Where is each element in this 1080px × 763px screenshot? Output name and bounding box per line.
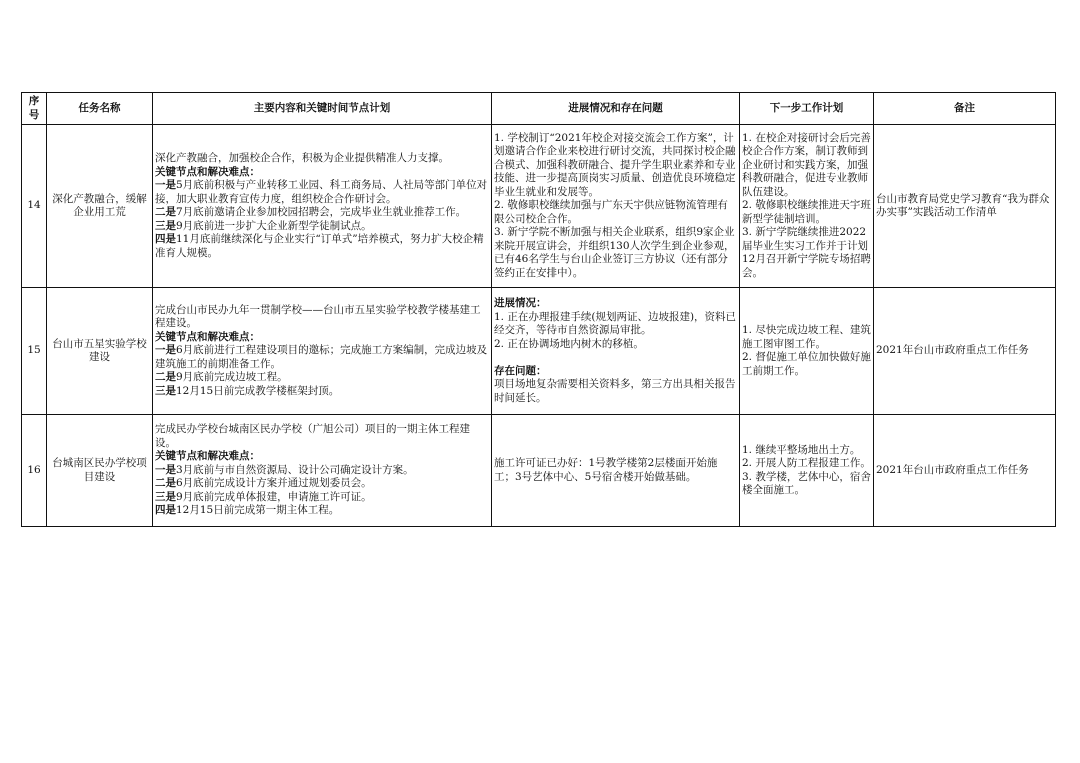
cell-seq: 14 (22, 125, 47, 288)
spacer (494, 351, 737, 365)
table-row: 15 台山市五星实验学校建设 完成台山市民办九年一贯制学校——台山市五星实验学校… (22, 288, 1056, 415)
cell-plan: 完成民办学校台城南区民办学校（广旭公司）项目的一期主体工程建设。 关键节点和解决… (153, 415, 492, 527)
cell-remark: 台山市教育局党史学习教育“我为群众办实事”实践活动工作清单 (874, 125, 1056, 288)
plan-item: 一是6月底前进行工程建设项目的邀标；完成施工方案编制，完成边坡及建筑施工的前期准… (155, 344, 489, 371)
plan-item-text: 5月底前积极与产业转移工业园、科工商务局、人社局等部门单位对接，加大职业教育宣传… (155, 179, 487, 205)
plan-item-prefix: 二是 (155, 206, 176, 218)
next-item: 3. 教学楼，艺体中心，宿舍楼全面施工。 (742, 471, 871, 498)
plan-item: 三是9月底前完成单体报建，申请施工许可证。 (155, 491, 489, 505)
next-item: 1. 尽快完成边坡工程、建筑施工图审图工作。 (742, 324, 871, 351)
plan-item: 二是9月底前完成边坡工程。 (155, 371, 489, 385)
plan-item-text: 9月底前进一步扩大企业新型学徒制试点。 (176, 220, 372, 232)
progress-item: 1. 学校制订“2021年校企对接交流会工作方案”，计划邀请合作企业来校进行研讨… (494, 132, 737, 200)
plan-item-text: 7月底前邀请企业参加校园招聘会，完成毕业生就业推荐工作。 (176, 206, 466, 218)
header-remark: 备注 (874, 93, 1056, 125)
plan-item-prefix: 一是 (155, 179, 176, 191)
plan-item-prefix: 一是 (155, 464, 176, 476)
table-row: 14 深化产教融合，缓解企业用工荒 深化产教融合，加强校企合作，积极为企业提供精… (22, 125, 1056, 288)
next-item: 3. 新宁学院继续推进2022届毕业生实习工作并于计划12月召开新宁学院专场招聘… (742, 226, 871, 280)
cell-seq: 15 (22, 288, 47, 415)
cell-progress: 施工许可证已办好：1号教学楼第2层楼面开始施工；3号艺体中心、5号宿舍楼开始做基… (492, 415, 740, 527)
plan-item-prefix: 四是 (155, 233, 176, 245)
cell-task-name: 台山市五星实验学校建设 (47, 288, 153, 415)
cell-progress: 1. 学校制订“2021年校企对接交流会工作方案”，计划邀请合作企业来校进行研讨… (492, 125, 740, 288)
table-row: 16 台城南区民办学校项目建设 完成民办学校台城南区民办学校（广旭公司）项目的一… (22, 415, 1056, 527)
progress-item: 3. 新宁学院不断加强与相关企业联系，组织9家企业来院开展宣讲会，并组织130人… (494, 226, 737, 280)
plan-item-text: 9月底前完成边坡工程。 (176, 371, 288, 383)
plan-item-text: 9月底前完成单体报建，申请施工许可证。 (176, 491, 372, 503)
progress-item: 2. 正在协调场地内树木的移植。 (494, 338, 737, 352)
header-next-plan: 下一步工作计划 (740, 93, 874, 125)
plan-intro: 完成台山市民办九年一贯制学校——台山市五星实验学校教学楼基建工程建设。 (155, 304, 489, 331)
cell-remark: 2021年台山市政府重点工作任务 (874, 288, 1056, 415)
plan-intro: 完成民办学校台城南区民办学校（广旭公司）项目的一期主体工程建设。 (155, 423, 489, 450)
cell-next-plan: 1. 在校企对接研讨会后完善校企合作方案，制订教师到企业研讨和实践方案，加强科教… (740, 125, 874, 288)
progress-item: 1. 正在办理报建手续(规划两证、边坡报建)，资料已经交齐，等待市自然资源局审批… (494, 311, 737, 338)
cell-next-plan: 1. 尽快完成边坡工程、建筑施工图审图工作。 2. 督促施工单位加快做好施工前期… (740, 288, 874, 415)
plan-item-text: 3月底前与市自然资源局、设计公司确定设计方案。 (176, 464, 414, 476)
plan-item-prefix: 三是 (155, 220, 176, 232)
progress-label: 进展情况： (494, 297, 737, 311)
header-plan: 主要内容和关键时间节点计划 (153, 93, 492, 125)
plan-item-text: 6月底前完成设计方案并通过规划委员会。 (176, 477, 372, 489)
plan-item: 一是5月底前积极与产业转移工业园、科工商务局、人社局等部门单位对接，加大职业教育… (155, 179, 489, 206)
cell-plan: 深化产教融合，加强校企合作，积极为企业提供精准人力支撑。 关键节点和解决难点： … (153, 125, 492, 288)
cell-task-name: 深化产教融合，缓解企业用工荒 (47, 125, 153, 288)
plan-intro: 深化产教融合，加强校企合作，积极为企业提供精准人力支撑。 (155, 152, 489, 166)
work-plan-table: 序号 任务名称 主要内容和关键时间节点计划 进展情况和存在问题 下一步工作计划 … (21, 92, 1056, 527)
plan-item: 三是12月15日前完成教学楼框架封顶。 (155, 385, 489, 399)
plan-item: 三是9月底前进一步扩大企业新型学徒制试点。 (155, 220, 489, 234)
header-progress: 进展情况和存在问题 (492, 93, 740, 125)
plan-item-prefix: 三是 (155, 491, 176, 503)
plan-item-text: 11月底前继续深化与企业实行“订单式”培养模式，努力扩大校企精准育人规模。 (155, 233, 484, 259)
plan-key-label: 关键节点和解决难点： (155, 450, 489, 464)
cell-remark: 2021年台山市政府重点工作任务 (874, 415, 1056, 527)
header-task-name: 任务名称 (47, 93, 153, 125)
plan-item-prefix: 二是 (155, 371, 176, 383)
plan-item: 二是6月底前完成设计方案并通过规划委员会。 (155, 477, 489, 491)
table-header-row: 序号 任务名称 主要内容和关键时间节点计划 进展情况和存在问题 下一步工作计划 … (22, 93, 1056, 125)
plan-item-prefix: 一是 (155, 344, 176, 356)
progress-item: 施工许可证已办好：1号教学楼第2层楼面开始施工；3号艺体中心、5号宿舍楼开始做基… (494, 457, 737, 484)
cell-seq: 16 (22, 415, 47, 527)
next-item: 2. 开展人防工程报建工作。 (742, 457, 871, 471)
plan-item: 四是12月15日前完成第一期主体工程。 (155, 504, 489, 518)
plan-item: 四是11月底前继续深化与企业实行“订单式”培养模式，努力扩大校企精准育人规模。 (155, 233, 489, 260)
next-item: 1. 继续平整场地出土方。 (742, 444, 871, 458)
cell-plan: 完成台山市民办九年一贯制学校——台山市五星实验学校教学楼基建工程建设。 关键节点… (153, 288, 492, 415)
cell-task-name: 台城南区民办学校项目建设 (47, 415, 153, 527)
plan-key-label: 关键节点和解决难点： (155, 166, 489, 180)
issues-text: 项目场地复杂需要相关资料多，第三方出具相关报告时间延长。 (494, 378, 737, 405)
cell-progress: 进展情况： 1. 正在办理报建手续(规划两证、边坡报建)，资料已经交齐，等待市自… (492, 288, 740, 415)
plan-item-text: 6月底前进行工程建设项目的邀标；完成施工方案编制，完成边坡及建筑施工的前期准备工… (155, 344, 487, 370)
next-item: 2. 敬修职校继续推进天宇班新型学徒制培训。 (742, 199, 871, 226)
next-item: 2. 督促施工单位加快做好施工前期工作。 (742, 351, 871, 378)
next-item: 1. 在校企对接研讨会后完善校企合作方案，制订教师到企业研讨和实践方案，加强科教… (742, 132, 871, 200)
plan-item-prefix: 四是 (155, 504, 176, 516)
plan-item-text: 12月15日前完成第一期主体工程。 (176, 504, 339, 516)
plan-item: 一是3月底前与市自然资源局、设计公司确定设计方案。 (155, 464, 489, 478)
issues-label: 存在问题： (494, 365, 737, 379)
plan-item: 二是7月底前邀请企业参加校园招聘会，完成毕业生就业推荐工作。 (155, 206, 489, 220)
plan-key-label: 关键节点和解决难点： (155, 331, 489, 345)
cell-next-plan: 1. 继续平整场地出土方。 2. 开展人防工程报建工作。 3. 教学楼，艺体中心… (740, 415, 874, 527)
progress-item: 2. 敬修职校继续加强与广东天宇供应链物流管理有限公司校企合作。 (494, 199, 737, 226)
plan-item-prefix: 三是 (155, 385, 176, 397)
plan-item-text: 12月15日前完成教学楼框架封顶。 (176, 385, 339, 397)
header-seq: 序号 (22, 93, 47, 125)
plan-item-prefix: 二是 (155, 477, 176, 489)
